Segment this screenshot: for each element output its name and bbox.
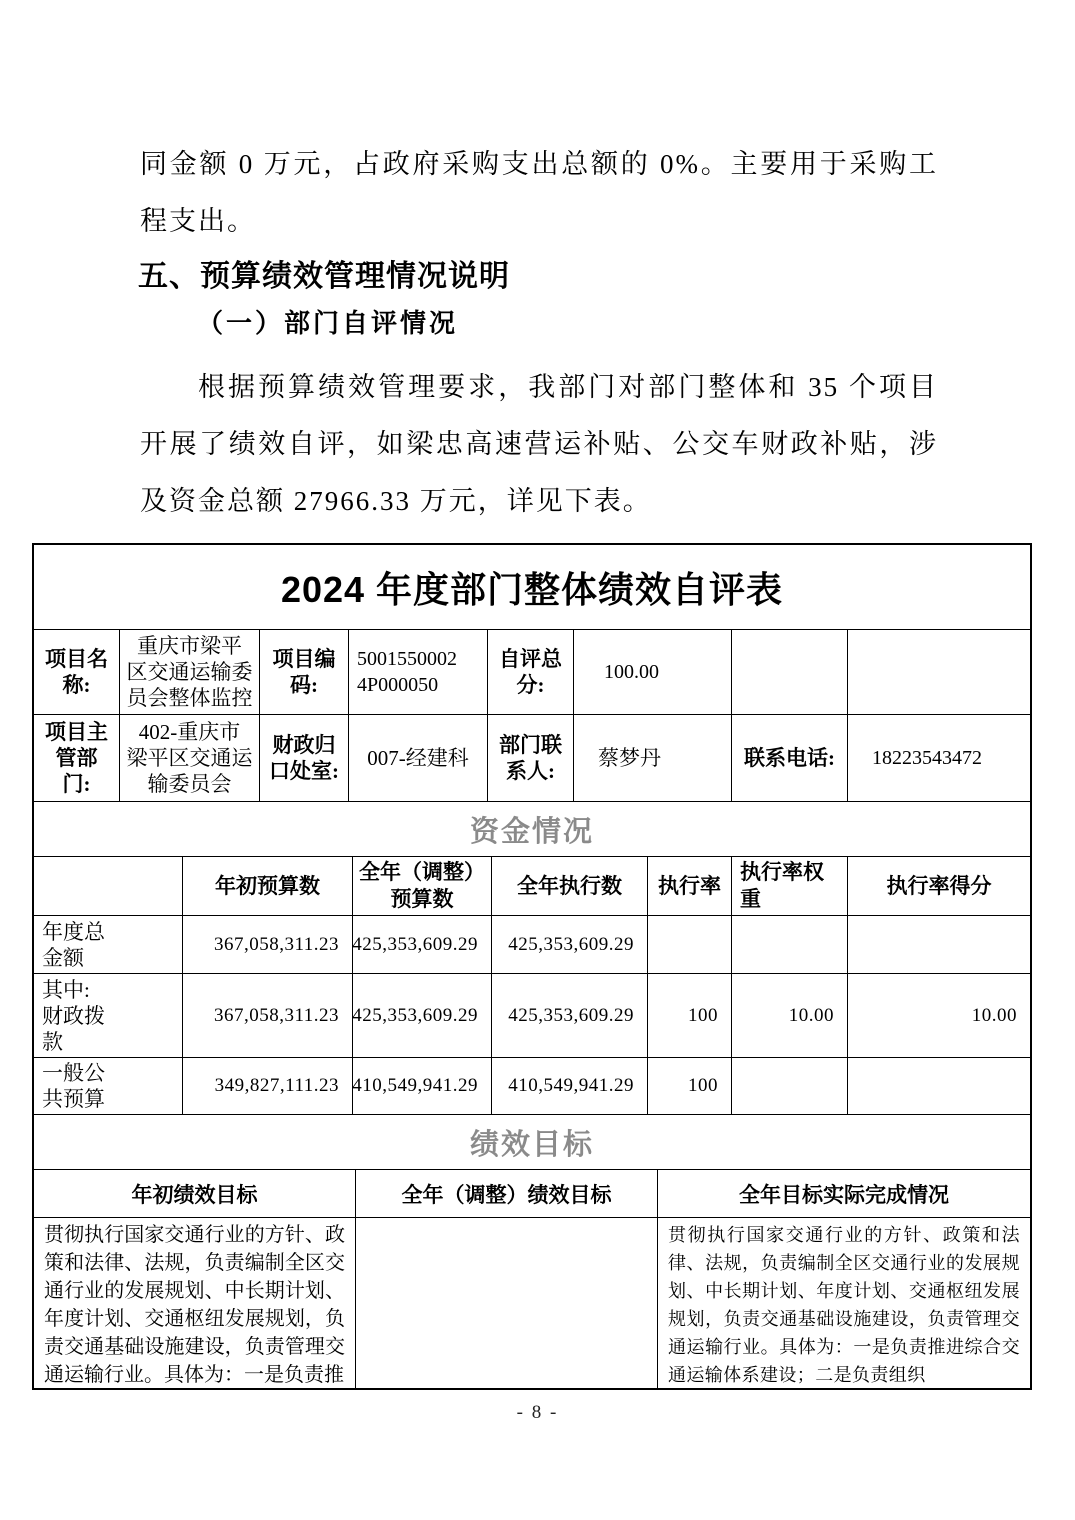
funding-value: 410,549,941.29 (492, 1058, 648, 1114)
self-eval-table: 2024 年度部门整体绩效自评表 项目名 称: 重庆市梁平 区交通运输委 员会整… (32, 543, 1032, 1390)
self-score-label: 自评总 分: (488, 630, 574, 714)
empty-cell (732, 630, 848, 714)
funding-value (732, 916, 848, 973)
project-code-value: 5001550002 4P000050 (349, 630, 488, 714)
table-title-row: 2024 年度部门整体绩效自评表 (34, 545, 1030, 630)
phone-value: 18223543472 (848, 715, 1030, 801)
goals-header-initial: 年初绩效目标 (34, 1170, 356, 1217)
table-title: 2024 年度部门整体绩效自评表 (34, 545, 1030, 629)
funding-header-adjusted-budget: 全年（调整） 预算数 (353, 857, 492, 915)
funding-value: 425,353,609.29 (353, 916, 492, 973)
self-score-value: 100.00 (574, 630, 732, 714)
funding-row-label: 其中: 财政拨 款 (34, 974, 183, 1057)
funding-section-band: 资金情况 (34, 802, 1030, 857)
funding-value: 367,058,311.23 (183, 916, 353, 973)
funding-header-executed: 全年执行数 (492, 857, 648, 915)
finance-office-value: 007-经建科 (349, 715, 488, 801)
document-page: 同金额 0 万元，占政府采购支出总额的 0%。主要用于采购工程支出。 五、预算绩… (0, 0, 1075, 1520)
funding-value: 349,827,111.23 (183, 1058, 353, 1114)
funding-value: 100 (648, 1058, 732, 1114)
goals-section-band: 绩效目标 (34, 1115, 1030, 1170)
funding-header-row: 年初预算数 全年（调整） 预算数 全年执行数 执行率 执行率权 重 执行率得分 (34, 857, 1030, 916)
funding-value: 425,353,609.29 (353, 974, 492, 1057)
supervisor-dept-label: 项目主 管部 门: (34, 715, 120, 801)
funding-row-general-budget: 一般公 共预算 349,827,111.23 410,549,941.29 41… (34, 1058, 1030, 1115)
funding-row-total: 年度总 金额 367,058,311.23 425,353,609.29 425… (34, 916, 1030, 974)
contact-person-label: 部门联 系人: (488, 715, 574, 801)
funding-value (848, 916, 1030, 973)
phone-label: 联系电话: (732, 715, 848, 801)
goals-header-row: 年初绩效目标 全年（调整）绩效目标 全年目标实际完成情况 (34, 1170, 1030, 1218)
funding-value: 100 (648, 974, 732, 1057)
goal-actual-cell: 贯彻执行国家交通行业的方针、政策和法律、法规，负责编制全区交通行业的发展规划、中… (658, 1218, 1030, 1388)
funding-value: 10.00 (732, 974, 848, 1057)
funding-value: 425,353,609.29 (492, 974, 648, 1057)
goal-initial-cell: 贯彻执行国家交通行业的方针、政策和法律、法规，负责编制全区交通行业的发展规划、中… (34, 1218, 356, 1388)
funding-row-label: 年度总 金额 (34, 916, 183, 973)
funding-value (848, 1058, 1030, 1114)
supervisor-dept-value: 402-重庆市 梁平区交通运 输委员会 (120, 715, 260, 801)
goals-header-actual: 全年目标实际完成情况 (658, 1170, 1030, 1217)
subsection-heading: （一）部门自评情况 (197, 303, 458, 340)
funding-row-label: 一般公 共预算 (34, 1058, 183, 1114)
goal-adjusted-cell (356, 1218, 658, 1388)
info-row-2: 项目主 管部 门: 402-重庆市 梁平区交通运 输委员会 财政归 口处室: 0… (34, 715, 1030, 802)
funding-header-empty (34, 857, 183, 915)
funding-header-initial-budget: 年初预算数 (183, 857, 353, 915)
finance-office-label: 财政归 口处室: (260, 715, 349, 801)
funding-header-rate-weight: 执行率权 重 (732, 857, 848, 915)
paragraph-self-eval-intro: 根据预算绩效管理要求，我部门对部门整体和 35 个项目开展了绩效自评，如梁忠高速… (140, 359, 938, 530)
funding-value: 10.00 (848, 974, 1030, 1057)
section-heading: 五、预算绩效管理情况说明 (138, 251, 510, 295)
funding-value: 425,353,609.29 (492, 916, 648, 973)
funding-header-exec-rate: 执行率 (648, 857, 732, 915)
page-number: - 8 - (0, 1402, 1075, 1424)
funding-header-rate-score: 执行率得分 (848, 857, 1030, 915)
project-name-value: 重庆市梁平 区交通运输委 员会整体监控 (120, 630, 260, 714)
contact-person-value: 蔡梦丹 (574, 715, 732, 801)
funding-row-fiscal: 其中: 财政拨 款 367,058,311.23 425,353,609.29 … (34, 974, 1030, 1058)
funding-value: 410,549,941.29 (353, 1058, 492, 1114)
empty-cell (848, 630, 1030, 714)
goals-header-adjusted: 全年（调整）绩效目标 (356, 1170, 658, 1217)
info-row-1: 项目名 称: 重庆市梁平 区交通运输委 员会整体监控 项目编 码: 500155… (34, 630, 1030, 715)
funding-value (732, 1058, 848, 1114)
project-name-label: 项目名 称: (34, 630, 120, 714)
paragraph-procurement: 同金额 0 万元，占政府采购支出总额的 0%。主要用于采购工程支出。 (140, 136, 938, 250)
goals-content-row: 贯彻执行国家交通行业的方针、政策和法律、法规，负责编制全区交通行业的发展规划、中… (34, 1218, 1030, 1388)
funding-value (648, 916, 732, 973)
project-code-label: 项目编 码: (260, 630, 349, 714)
funding-value: 367,058,311.23 (183, 974, 353, 1057)
